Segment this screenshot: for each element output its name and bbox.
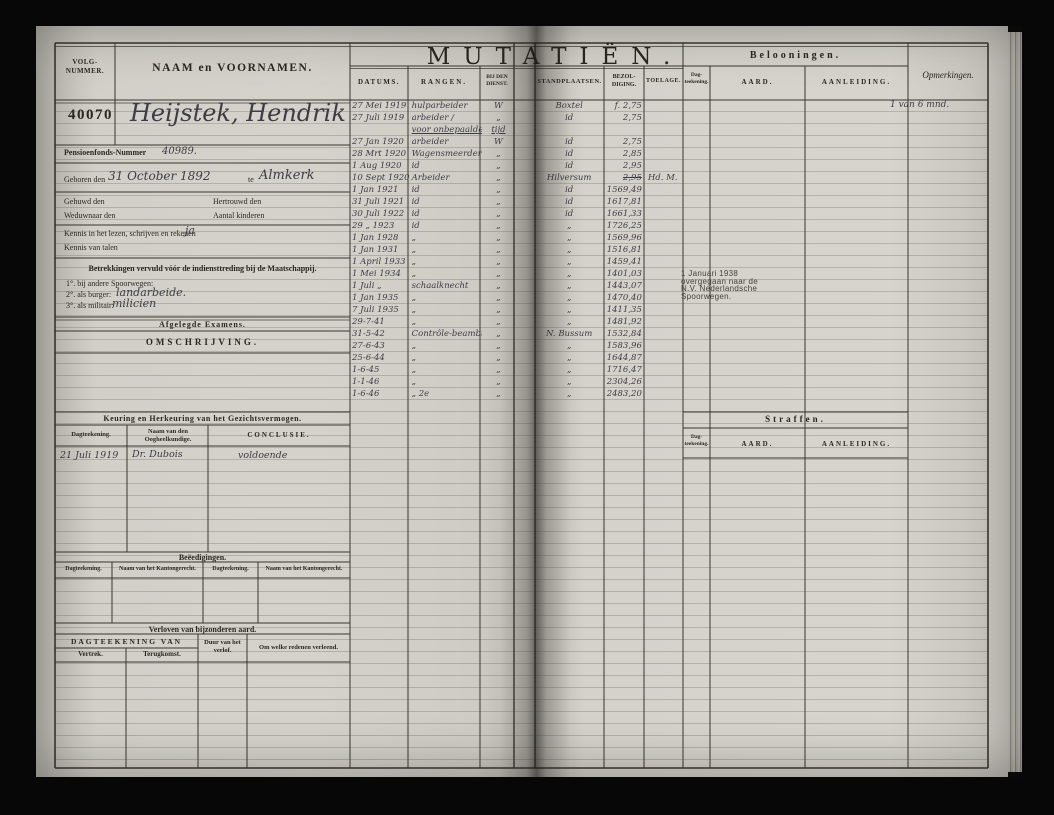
mut-standplaats: id [536, 112, 603, 124]
mutatien-row: 27 Jan 1920 arbeider W id 2,75 [350, 136, 683, 148]
mut-bij-den-dienst: „ [482, 292, 515, 304]
mut-gutter-spacer [515, 124, 535, 136]
mut-bezoldiging: 1569,49 [603, 184, 645, 196]
keuring-col-conclusie: CONCLUSIE. [208, 431, 350, 439]
mutatien-row: 1-1-46 „ „ „ 2304,26 [350, 376, 683, 388]
mutatien-rows: 27 Mei 1919 hulparbeider W Boxtel f. 2,7… [350, 100, 683, 400]
kennis-talen-label: Kennis van talen [64, 243, 118, 252]
mut-bezoldiging: 1532,84 [603, 328, 645, 340]
keuring-title: Keuring en Herkeuring van het Gezichtsve… [55, 414, 350, 423]
mut-bij-den-dienst: „ [482, 304, 515, 316]
verloven-col-duur: Duur van het verlof. [199, 639, 246, 655]
mutatien-row: 1 Jan 1921 id „ id 1569,49 [350, 184, 683, 196]
omschrijving-header: OMSCHRIJVING. [55, 337, 350, 347]
mut-toelage [645, 160, 683, 172]
mut-bezoldiging: 1516,81 [603, 244, 645, 256]
beeedigingen-col-kanton-1: Naam van het Kantongerecht. [112, 566, 203, 572]
mut-bezoldiging: 2,95 [603, 160, 645, 172]
mut-rang: id [409, 208, 482, 220]
mutatien-row: 27 Juli 1919 arbeider / „ id 2,75 [350, 112, 683, 124]
belooningen-col-aanleiding: AANLEIDING. [805, 78, 908, 86]
mut-rang: arbeider [409, 136, 482, 148]
verloven-col-vertrek: Vertrek. [55, 650, 126, 658]
mut-standplaats: id [536, 136, 603, 148]
mut-datum: 1 Juli „ [350, 280, 409, 292]
mut-bezoldiging: 1661,33 [603, 208, 645, 220]
mut-rang: Wagensmeerder [409, 148, 482, 160]
mut-bezoldiging: f. 2,75 [603, 100, 645, 112]
mut-bij-den-dienst: „ [482, 364, 515, 376]
verloven-col-terugkomst: Terugkomst. [126, 650, 198, 658]
mut-bezoldiging: 1411,35 [603, 304, 645, 316]
mut-bezoldiging: 1617,81 [603, 196, 645, 208]
mut-standplaats: „ [536, 304, 603, 316]
mut-toelage [645, 376, 683, 388]
mut-gutter-spacer [515, 220, 535, 232]
mut-datum: 29-7-41 [350, 316, 409, 328]
mut-bij-den-dienst: „ [482, 184, 515, 196]
col-rangen: RANGEN. [408, 78, 480, 86]
mut-gutter-spacer [515, 172, 535, 184]
mut-toelage [645, 220, 683, 232]
beeedigingen-col-dag-1: Dagteekening. [55, 566, 112, 572]
mut-rang: „ 2e [409, 388, 482, 400]
verloven-title: Verloven van bijzonderen aard. [55, 625, 350, 634]
mut-datum: 1 Mei 1934 [350, 268, 409, 280]
mut-bezoldiging: 1459,41 [603, 256, 645, 268]
mut-rang: hulparbeider [409, 100, 482, 112]
mut-toelage [645, 196, 683, 208]
mut-toelage [645, 316, 683, 328]
col-bij-den-dienst: BIJ DEN DIENST. [481, 74, 513, 88]
naam-value: Heijstek, Hendrik [130, 99, 346, 127]
mut-datum: 10 Sept 1920 [350, 172, 409, 184]
mut-gutter-spacer [515, 388, 535, 400]
belooningen-col-dag: Dag-teekening. [684, 72, 709, 86]
mut-bij-den-dienst: „ [482, 340, 515, 352]
mut-standplaats [536, 124, 603, 136]
mut-standplaats: „ [536, 376, 603, 388]
mut-rang: id [409, 184, 482, 196]
mut-bij-den-dienst: „ [482, 196, 515, 208]
mut-standplaats: „ [536, 352, 603, 364]
mut-gutter-spacer [515, 148, 535, 160]
kennis-lezen-label: Kennis in het lezen, schrijven en rekene… [64, 229, 196, 238]
mut-rang: „ [409, 232, 482, 244]
col-datums: DATUMS. [350, 78, 408, 86]
mut-rang: „ [409, 256, 482, 268]
mutatien-row: 29 „ 1923 id „ „ 1726,25 [350, 220, 683, 232]
mut-datum: 25-6-44 [350, 352, 409, 364]
mutatien-row: 25-6-44 „ „ „ 1644,87 [350, 352, 683, 364]
mut-toelage [645, 244, 683, 256]
mutatien-row: 10 Sept 1920 Arbeider „ Hilversum 2,95 H… [350, 172, 683, 184]
mut-standplaats: „ [536, 280, 603, 292]
mut-bij-den-dienst: „ [482, 256, 515, 268]
keuring-row-dag: 21 Juli 1919 [60, 450, 118, 461]
mut-rang: „ [409, 244, 482, 256]
keuring-row-conclusie: voldoende [238, 450, 287, 461]
mut-datum: 30 Juli 1922 [350, 208, 409, 220]
mut-standplaats: id [536, 184, 603, 196]
mut-datum: 1 Jan 1921 [350, 184, 409, 196]
mut-bezoldiging: 2,75 [603, 136, 645, 148]
mutatien-row: 27 Mei 1919 hulparbeider W Boxtel f. 2,7… [350, 100, 683, 112]
mut-bij-den-dienst: „ [482, 220, 515, 232]
mut-rang: „ [409, 304, 482, 316]
mut-bij-den-dienst: „ [482, 244, 515, 256]
aantal-kinderen-label: Aantal kinderen [213, 211, 264, 220]
mut-datum [350, 124, 409, 136]
mutatien-row: 30 Juli 1922 id „ id 1661,33 [350, 208, 683, 220]
mut-bij-den-dienst: „ [482, 160, 515, 172]
mut-rang: „ [409, 268, 482, 280]
mut-rang: „ [409, 364, 482, 376]
verloven-col-redenen: Om welke redenen verleend. [247, 644, 350, 651]
mut-gutter-spacer [515, 196, 535, 208]
mut-datum: 1-6-45 [350, 364, 409, 376]
mut-toelage [645, 100, 683, 112]
gehuwd-label: Gehuwd den [64, 197, 105, 206]
geboren-label: Geboren den [64, 175, 105, 184]
mut-bezoldiging: 1569,96 [603, 232, 645, 244]
mut-gutter-spacer [515, 244, 535, 256]
mut-gutter-spacer [515, 136, 535, 148]
mut-standplaats: „ [536, 244, 603, 256]
mut-bij-den-dienst: „ [482, 268, 515, 280]
mutatien-row: 31 Juli 1921 id „ id 1617,81 [350, 196, 683, 208]
keuring-col-dagteekening: Dagteekening. [55, 431, 127, 438]
mut-datum: 1 Jan 1931 [350, 244, 409, 256]
geboorteplaats-te-label: te [248, 175, 254, 184]
mut-datum: 27 Juli 1919 [350, 112, 409, 124]
mut-standplaats: „ [536, 316, 603, 328]
mut-gutter-spacer [515, 100, 535, 112]
mut-toelage [645, 328, 683, 340]
betrekking-3-value: milicien [112, 297, 156, 310]
mut-datum: 1-1-46 [350, 376, 409, 388]
geboorteplaats-value: Almkerk [259, 168, 315, 183]
mut-gutter-spacer [515, 316, 535, 328]
keuring-col-oogheelkundige: Naam van den Oogheelkundige. [130, 428, 206, 444]
mut-standplaats: „ [536, 256, 603, 268]
mutatien-row: 1 Mei 1934 „ „ „ 1401,03 [350, 268, 683, 280]
verloven-dagteekening-van: DAGTEEKENING VAN [55, 637, 198, 646]
betrekking-2-label: 2°. als burger: [66, 290, 111, 299]
mutatien-row: 28 Mrt 1920 Wagensmeerder „ id 2,85 [350, 148, 683, 160]
mut-standplaats: Boxtel [536, 100, 603, 112]
mut-bezoldiging: 1644,87 [603, 352, 645, 364]
mut-bij-den-dienst: „ [482, 388, 515, 400]
mut-toelage [645, 292, 683, 304]
mut-toelage [645, 340, 683, 352]
mut-gutter-spacer [515, 280, 535, 292]
mut-bij-den-dienst: W [482, 100, 515, 112]
scanned-ledger-photo: VOLG-NUMMER. NAAM en VOORNAMEN. 40070 He… [0, 0, 1054, 815]
keuring-row-naam: Dr. Dubois [132, 449, 183, 460]
mut-standplaats: id [536, 208, 603, 220]
mut-datum: 1 Jan 1928 [350, 232, 409, 244]
mut-gutter-spacer [515, 112, 535, 124]
mut-bezoldiging: 2304,26 [603, 376, 645, 388]
mut-datum: 28 Mrt 1920 [350, 148, 409, 160]
mut-standplaats: id [536, 196, 603, 208]
mut-standplaats: „ [536, 220, 603, 232]
mut-gutter-spacer [515, 340, 535, 352]
mut-bij-den-dienst: „ [482, 328, 515, 340]
mut-toelage [645, 232, 683, 244]
volgnummer-header: VOLG-NUMMER. [57, 58, 113, 76]
belooningen-title: Belooningen. [683, 50, 908, 61]
beeedigingen-col-kanton-2: Naam van het Kantongerecht. [258, 566, 350, 572]
mut-rang: „ [409, 376, 482, 388]
belooningen-col-aard: AARD. [710, 78, 805, 86]
mutatien-row: 1 Juli „ schaalknecht „ „ 1443,07 [350, 280, 683, 292]
mut-datum: 31 Juli 1921 [350, 196, 409, 208]
mut-toelage [645, 136, 683, 148]
mut-rang: „ [409, 292, 482, 304]
beeedigingen-title: Beëedigingen. [55, 553, 350, 562]
mut-rang: id [409, 220, 482, 232]
mut-toelage [645, 304, 683, 316]
mut-toelage [645, 268, 683, 280]
mut-gutter-spacer [515, 256, 535, 268]
mut-standplaats: N. Bussum [536, 328, 603, 340]
mut-rang: „ [409, 340, 482, 352]
straffen-col-aard: AARD. [710, 440, 805, 448]
mut-standplaats: „ [536, 232, 603, 244]
col-bezoldiging: BEZOL-DIGING. [605, 74, 643, 89]
mut-gutter-spacer [515, 268, 535, 280]
mut-bezoldiging: 2483,20 [603, 388, 645, 400]
naam-header: NAAM en VOORNAMEN. [115, 62, 350, 74]
mut-standplaats: „ [536, 340, 603, 352]
mut-standplaats: Hilversum [536, 172, 603, 184]
mut-toelage [645, 208, 683, 220]
mut-bezoldiging: 1726,25 [603, 220, 645, 232]
betrekking-3-label: 3°. als militair: [66, 301, 114, 310]
ns-overgang-stamp: 1 Januari 1938 overgegaan naar de N.V. N… [681, 270, 771, 300]
mut-bij-den-dienst: „ [482, 232, 515, 244]
mutatien-row: 29-7-41 „ „ „ 1481,92 [350, 316, 683, 328]
col-standplaatsen: STANDPLAATSEN. [535, 78, 604, 85]
opmerkingen-note: 1 van 6 mnd. [890, 100, 949, 110]
mut-datum: 27 Jan 1920 [350, 136, 409, 148]
opmerkingen-header: Opmerkingen. [908, 70, 988, 80]
mut-gutter-spacer [515, 376, 535, 388]
betrekkingen-title: Betrekkingen vervuld vóór de indiensttre… [55, 264, 350, 273]
mut-bij-den-dienst: „ [482, 316, 515, 328]
mut-standplaats: id [536, 148, 603, 160]
mut-datum: 7 Juli 1935 [350, 304, 409, 316]
weduwnaar-label: Weduwnaar den [64, 211, 116, 220]
mut-rang: voor onbepaalden [409, 124, 482, 136]
mut-rang: „ [409, 352, 482, 364]
mut-rang: id [409, 160, 482, 172]
mut-gutter-spacer [515, 304, 535, 316]
mut-rang: arbeider / [409, 112, 482, 124]
volgnummer-value: 40070 [68, 107, 113, 124]
mut-bezoldiging: 1401,03 [603, 268, 645, 280]
straffen-col-aanleiding: AANLEIDING. [805, 440, 908, 448]
mut-bezoldiging: 2,95 [603, 172, 645, 184]
mut-bij-den-dienst: „ [482, 208, 515, 220]
mut-gutter-spacer [515, 292, 535, 304]
stamp-line-4: Spoorwegen. [681, 293, 771, 301]
geboren-datum: 31 October 1892 [108, 169, 211, 183]
mutatien-row: 1-6-46 „ 2e „ „ 2483,20 [350, 388, 683, 400]
mutatien-row: 7 Juli 1935 „ „ „ 1411,35 [350, 304, 683, 316]
mut-bezoldiging: 1481,92 [603, 316, 645, 328]
mutatien-row: 1 Aug 1920 id „ id 2,95 [350, 160, 683, 172]
beeedigingen-col-dag-2: Dagteekening. [203, 566, 258, 572]
mutatien-row: 1 Jan 1931 „ „ „ 1516,81 [350, 244, 683, 256]
mut-bij-den-dienst: „ [482, 376, 515, 388]
page-stack-edges [1008, 32, 1022, 772]
mut-bij-den-dienst: „ [482, 352, 515, 364]
mut-datum: 27-6-43 [350, 340, 409, 352]
mut-datum: 1-6-46 [350, 388, 409, 400]
mut-bezoldiging: 2,85 [603, 148, 645, 160]
mutatien-row: 1 Jan 1935 „ „ „ 1470,40 [350, 292, 683, 304]
mut-bij-den-dienst: „ [482, 148, 515, 160]
mut-datum: 1 April 1933 [350, 256, 409, 268]
mut-datum: 31-5-42 [350, 328, 409, 340]
mut-bij-den-dienst: „ [482, 172, 515, 184]
mut-bezoldiging: 1716,47 [603, 364, 645, 376]
straffen-col-dag: Dag-teekening. [684, 434, 709, 448]
mut-standplaats: id [536, 160, 603, 172]
mut-toelage [645, 184, 683, 196]
pensioenfonds-label: Pensioenfonds-Nummer [64, 148, 146, 157]
mut-bij-den-dienst: tijd [482, 124, 515, 136]
mut-gutter-spacer [515, 364, 535, 376]
mut-rang: Arbeider [409, 172, 482, 184]
mut-toelage [645, 148, 683, 160]
mut-toelage [645, 256, 683, 268]
straffen-title: Straffen. [683, 414, 908, 424]
mut-bezoldiging: 1470,40 [603, 292, 645, 304]
mut-standplaats: „ [536, 364, 603, 376]
mut-datum: 1 Jan 1935 [350, 292, 409, 304]
mut-bezoldiging: 1443,07 [603, 280, 645, 292]
mut-bezoldiging [603, 124, 645, 136]
mut-toelage: Hd. M. [645, 172, 683, 184]
col-toelage: TOELAGE. [644, 78, 683, 84]
mut-bij-den-dienst: „ [482, 280, 515, 292]
mut-bezoldiging: 1583,96 [603, 340, 645, 352]
mut-datum: 29 „ 1923 [350, 220, 409, 232]
mutatien-row: 31-5-42 Contrôle-beambte „ N. Bussum 153… [350, 328, 683, 340]
mut-toelage [645, 124, 683, 136]
mut-rang: id [409, 196, 482, 208]
pensioenfonds-value: 40989. [162, 146, 197, 157]
mut-toelage [645, 364, 683, 376]
mut-bij-den-dienst: W [482, 136, 515, 148]
mut-toelage [645, 388, 683, 400]
mut-gutter-spacer [515, 160, 535, 172]
mut-toelage [645, 112, 683, 124]
mut-gutter-spacer [515, 232, 535, 244]
mut-datum: 27 Mei 1919 [350, 100, 409, 112]
hertrouwd-label: Hertrouwd den [213, 197, 261, 206]
mutatien-row: 1 Jan 1928 „ „ „ 1569,96 [350, 232, 683, 244]
mutatien-row: 1 April 1933 „ „ „ 1459,41 [350, 256, 683, 268]
kennis-lezen-value: ja [185, 224, 195, 237]
mut-toelage [645, 352, 683, 364]
examens-title: Afgelegde Examens. [55, 320, 350, 329]
mut-rang: Contrôle-beambte [409, 328, 482, 340]
mut-standplaats: „ [536, 268, 603, 280]
mut-standplaats: „ [536, 292, 603, 304]
mut-rang: schaalknecht [409, 280, 482, 292]
mut-standplaats: „ [536, 388, 603, 400]
mut-rang: „ [409, 316, 482, 328]
mut-gutter-spacer [515, 352, 535, 364]
mutatien-row: 1-6-45 „ „ „ 1716,47 [350, 364, 683, 376]
mut-bij-den-dienst: „ [482, 112, 515, 124]
mut-gutter-spacer [515, 328, 535, 340]
mutatien-row: voor onbepaalden tijd [350, 124, 683, 136]
mut-datum: 1 Aug 1920 [350, 160, 409, 172]
mut-toelage [645, 280, 683, 292]
mut-gutter-spacer [515, 184, 535, 196]
mut-bezoldiging: 2,75 [603, 112, 645, 124]
mutatien-row: 27-6-43 „ „ „ 1583,96 [350, 340, 683, 352]
mut-gutter-spacer [515, 208, 535, 220]
